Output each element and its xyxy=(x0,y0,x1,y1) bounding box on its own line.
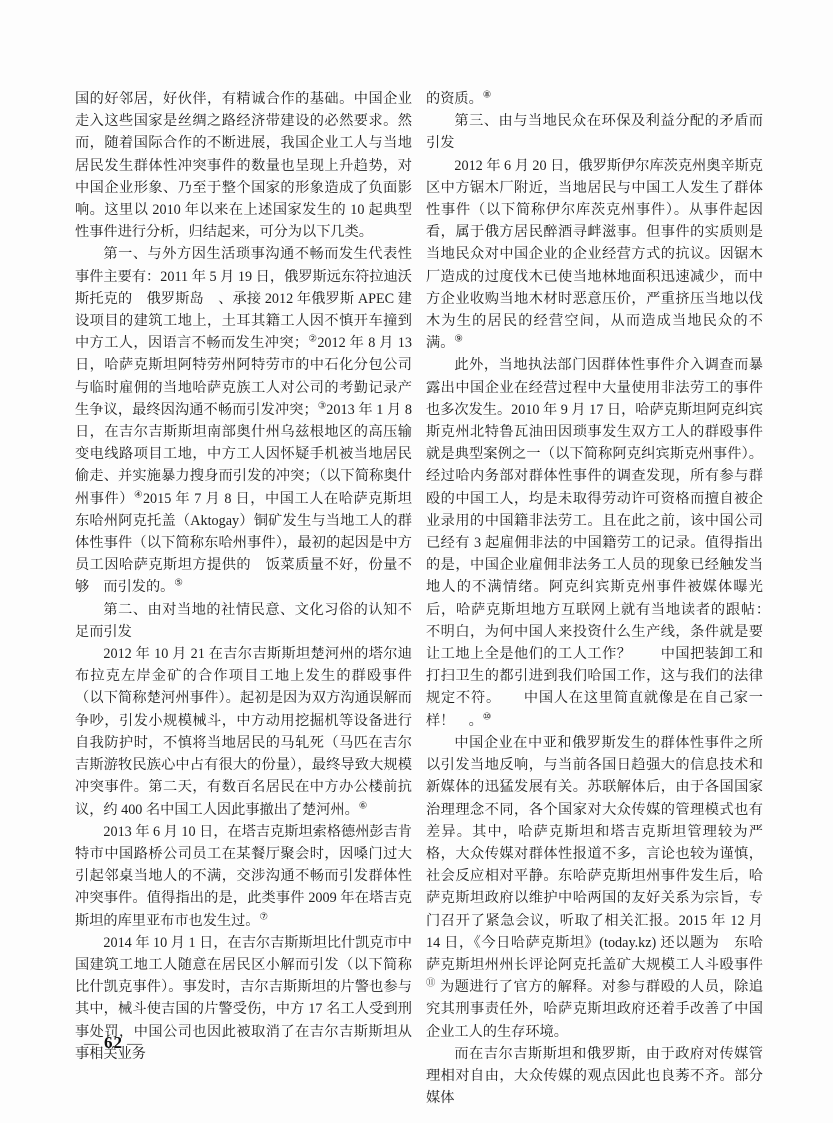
footnote-marker: ⑤ xyxy=(174,579,182,589)
left-column: 国的好邻居，好伙伴，有精诚合作的基础。中国企业走入这些国家是丝绸之路经济带建设的… xyxy=(75,88,412,1109)
page-footer: —62— xyxy=(84,1033,143,1053)
page-number: 62 xyxy=(104,1033,123,1052)
paragraph: 此外，当地执法部门因群体性事件介入调查而暴露出中国企业在经营过程中大量使用非法劳… xyxy=(426,354,763,731)
footer-dash-right: — xyxy=(127,1036,143,1052)
footnote-marker: ② xyxy=(308,335,317,345)
paragraph: 第三、由与当地民众在环保及利益分配的矛盾而引发 xyxy=(426,110,763,154)
paragraph: 2013 年 6 月 10 日，在塔吉克斯坦索格德州彭吉肯特市中国路桥公司员工在… xyxy=(75,821,412,932)
paragraph: 的资质。⑧ xyxy=(426,88,763,110)
footnote-marker: ⑩ xyxy=(483,712,491,722)
paragraph: 中国企业在中亚和俄罗斯发生的群体性事件之所以引发当地反响，与当前各国日趋强大的信… xyxy=(426,732,763,1043)
footnote-marker: ③ xyxy=(318,401,327,411)
footnote-marker: ④ xyxy=(134,490,143,500)
paragraph: 第一、与外方因生活琐事沟通不畅而发生代表性事件主要有：2011 年 5 月 19… xyxy=(75,243,412,598)
right-column: 的资质。⑧第三、由与当地民众在环保及利益分配的矛盾而引发2012 年 6 月 2… xyxy=(426,88,763,1109)
footnote-marker: ⑧ xyxy=(483,90,491,100)
paragraph: 国的好邻居，好伙伴，有精诚合作的基础。中国企业走入这些国家是丝绸之路经济带建设的… xyxy=(75,88,412,243)
paragraph: 2012 年 10 月 21 在吉尔吉斯斯坦楚河州的塔尔迪布拉克左岸金矿的合作项… xyxy=(75,643,412,821)
footnote-marker: ⑥ xyxy=(359,801,367,811)
footnote-marker: ⑪ xyxy=(426,978,436,988)
paragraph: 第二、由对当地的社情民意、文化习俗的认知不足而引发 xyxy=(75,599,412,643)
footnote-marker: ⑨ xyxy=(454,335,462,345)
footer-dash-left: — xyxy=(84,1036,100,1052)
document-page: 国的好邻居，好伙伴，有精诚合作的基础。中国企业走入这些国家是丝绸之路经济带建设的… xyxy=(0,0,833,1123)
paragraph: 2012 年 6 月 20 日，俄罗斯伊尔库茨克州奥辛斯克区中方锯木厂附近，当地… xyxy=(426,155,763,355)
paragraph: 而在吉尔吉斯斯坦和俄罗斯，由于政府对传媒管理相对自由，大众传媒的观点因此也良莠不… xyxy=(426,1043,763,1110)
two-column-text: 国的好邻居，好伙伴，有精诚合作的基础。中国企业走入这些国家是丝绸之路经济带建设的… xyxy=(75,88,763,1109)
footnote-marker: ⑦ xyxy=(259,912,267,922)
